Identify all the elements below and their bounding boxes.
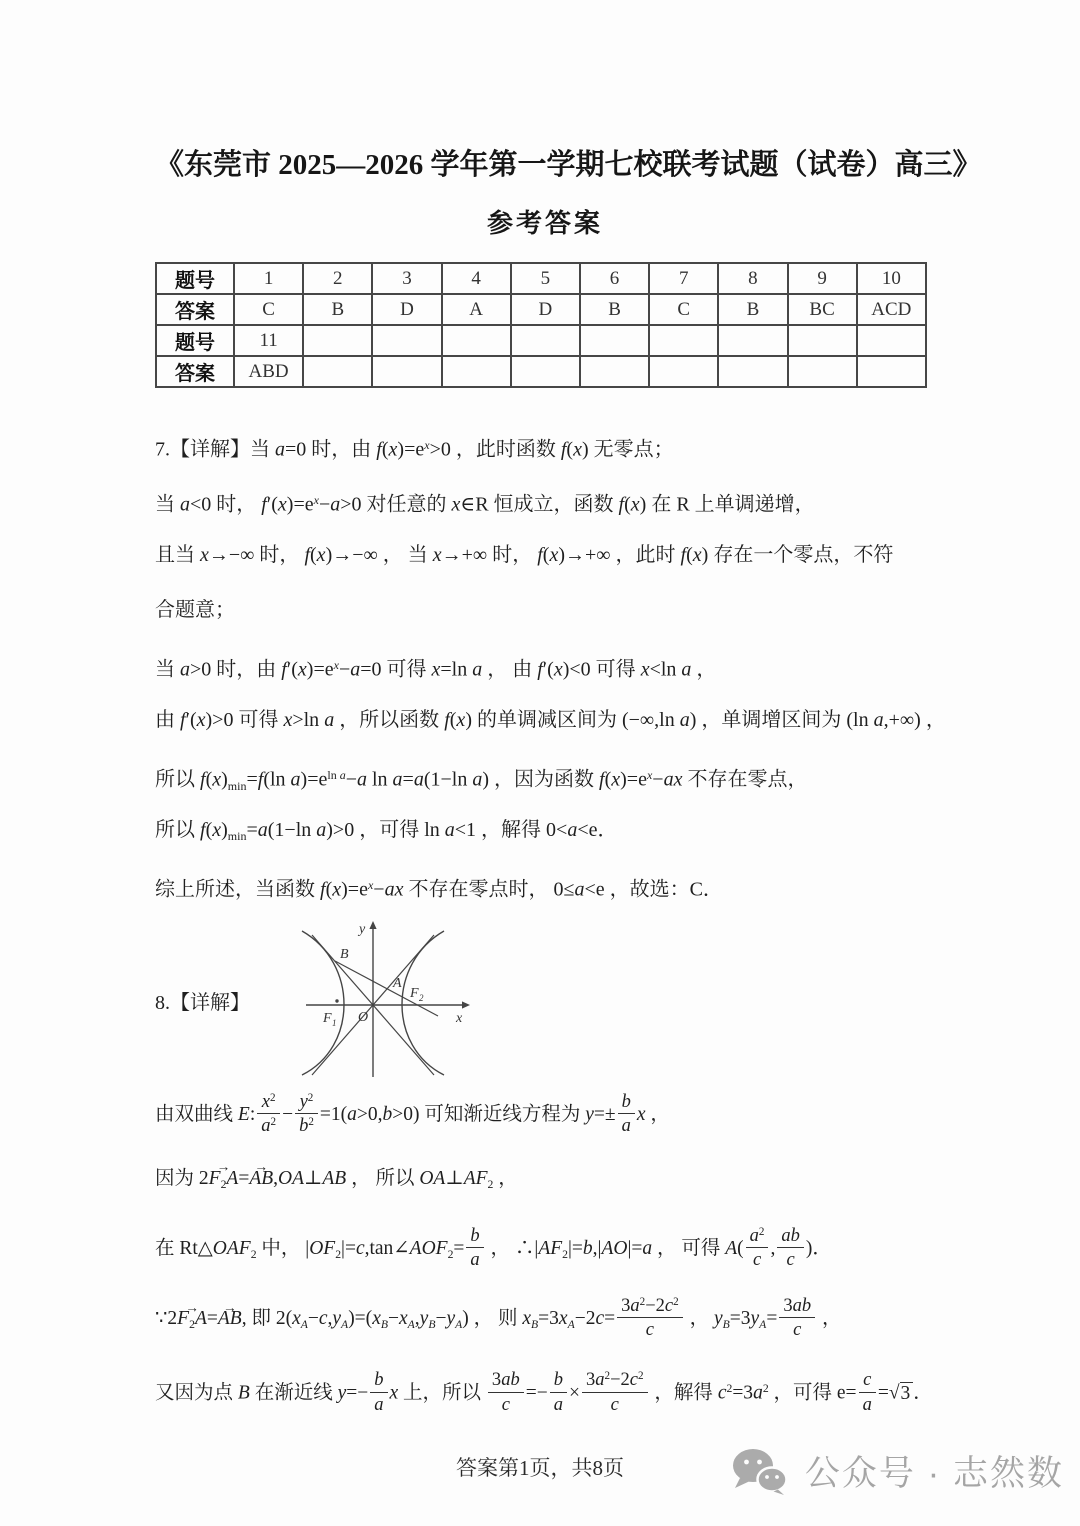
wechat-icon xyxy=(731,1447,789,1495)
table-row: 答案 C B D A D B C B BC ACD xyxy=(156,294,926,325)
solution-line: 由 f′(x)>0 可得 x>ln a ，所以函数 f(x) 的单调减区间为 (… xyxy=(155,693,935,748)
answer-cell: 8 xyxy=(718,263,787,294)
answer-cell: BC xyxy=(788,294,857,325)
solution-line: 当 a<0 时， f′(x)=ex−a>0 对任意的 x∈R 恒成立，函数 f(… xyxy=(155,473,935,528)
solution-line: 又因为点 B 在渐近线 y=−bax 上，所以 3abc=−ba×3a2−2c2… xyxy=(155,1357,935,1425)
diagram-point-A-label: A xyxy=(392,976,402,991)
answer-cell: 3 xyxy=(372,263,441,294)
answer-cell xyxy=(788,325,857,356)
solution-7-section: 7.【详解】当 a=0 时，由 f(x)=ex>0 ，此时函数 f(x) 无零点… xyxy=(155,418,935,913)
diagram-point-B-label: B xyxy=(340,947,349,962)
answer-cell: C xyxy=(649,294,718,325)
answer-cell xyxy=(649,356,718,387)
solution-line: 由双曲线 E:x2a2−y2b2=1(a>0,b>0) 可知渐近线方程为 y=±… xyxy=(155,1083,935,1147)
diagram-x-label: x xyxy=(455,1011,463,1026)
answer-cell: A xyxy=(442,294,511,325)
solution-line: 因为 2F2A=AB,OA⊥AB ， 所以 OA⊥AF2 ， xyxy=(155,1147,935,1217)
solution-line: 所以 f(x)min=f(ln a)=eln a−a ln a=a(1−ln a… xyxy=(155,748,935,803)
solution-line: 当 a>0 时，由 f′(x)=ex−a=0 可得 x=ln a ， 由 f′(… xyxy=(155,638,935,693)
answer-cell xyxy=(511,325,580,356)
x-axis-arrow xyxy=(462,1001,470,1008)
watermark-text: 公众号 · 志然数 xyxy=(805,1446,1064,1496)
solution-line: 且当 x→−∞ 时， f(x)→−∞ ， 当 x→+∞ 时， f(x)→+∞ ，… xyxy=(155,528,935,583)
answer-cell: 2 xyxy=(303,263,372,294)
row-label-cell: 答案 xyxy=(156,356,234,387)
answer-cell: 4 xyxy=(442,263,511,294)
solution-8-label: 8.【详解】 xyxy=(155,986,250,1015)
solution-8-section: 由双曲线 E:x2a2−y2b2=1(a>0,b>0) 可知渐近线方程为 y=±… xyxy=(155,1083,935,1426)
answer-cell xyxy=(442,325,511,356)
solution-line: 综上所述，当函数 f(x)=ex−ax 不存在零点时， 0≤a<e ，故选：C． xyxy=(155,858,935,913)
diagram-F1-subscript: 1 xyxy=(332,1018,337,1028)
hyperbola-right-branch xyxy=(402,931,444,1075)
answer-cell: B xyxy=(580,294,649,325)
answer-cell xyxy=(511,356,580,387)
solution-line: 所以 f(x)min=a(1−ln a)>0 ，可得 ln a<1 ，解得 0<… xyxy=(155,803,935,858)
row-label-cell: 题号 xyxy=(156,325,234,356)
answer-cell: D xyxy=(372,294,441,325)
answer-cell xyxy=(718,325,787,356)
answer-cell xyxy=(372,356,441,387)
solution-8-header: 8.【详解】 y x O B xyxy=(155,917,935,1083)
page-content: 《东莞市 2025—2026 学年第一学期七校联考试题（试卷）高三》 参考答案 … xyxy=(155,0,935,1426)
answer-cell: 10 xyxy=(857,263,926,294)
diagram-F2-label: F xyxy=(409,986,419,1001)
solution-line: ∵2F2A=AB, 即 2(xA−c,yA)=(xB−xA,yB−yA) ， 则… xyxy=(155,1287,935,1357)
answer-cell xyxy=(857,356,926,387)
answer-cell: 5 xyxy=(511,263,580,294)
exam-answer-page: 《东莞市 2025—2026 学年第一学期七校联考试题（试卷）高三》 参考答案 … xyxy=(0,0,1080,1526)
diagram-origin-label: O xyxy=(358,1010,368,1025)
answer-cell: 11 xyxy=(234,325,303,356)
answer-cell xyxy=(580,325,649,356)
answer-cell: C xyxy=(234,294,303,325)
answer-cell xyxy=(718,356,787,387)
page-title: 《东莞市 2025—2026 学年第一学期七校联考试题（试卷）高三》 xyxy=(155,142,935,183)
answer-cell xyxy=(580,356,649,387)
answer-cell: ABD xyxy=(234,356,303,387)
hyperbola-left-branch xyxy=(302,931,344,1075)
answer-cell: B xyxy=(303,294,372,325)
secant-line-BAF2 xyxy=(335,961,438,1016)
answer-cell xyxy=(857,325,926,356)
answer-cell xyxy=(442,356,511,387)
row-label-cell: 题号 xyxy=(156,263,234,294)
page-subtitle: 参考答案 xyxy=(155,203,935,240)
answer-cell: 6 xyxy=(580,263,649,294)
answer-cell: 7 xyxy=(649,263,718,294)
answer-cell: B xyxy=(718,294,787,325)
diagram-y-label: y xyxy=(357,922,366,937)
solution-line: 在 Rt△OAF2 中， |OF2|=c,tan∠AOF2=ba ， ∴|AF2… xyxy=(155,1217,935,1287)
diagram-F1-label: F xyxy=(322,1011,332,1026)
solution-line: 7.【详解】当 a=0 时，由 f(x)=ex>0 ，此时函数 f(x) 无零点… xyxy=(155,418,935,473)
answer-cell xyxy=(649,325,718,356)
answer-cell: D xyxy=(511,294,580,325)
answer-cell xyxy=(788,356,857,387)
wechat-watermark: 公众号 · 志然数 xyxy=(731,1446,1064,1496)
y-axis-arrow xyxy=(369,921,376,929)
table-row: 题号 11 xyxy=(156,325,926,356)
diagram-F2-subscript: 2 xyxy=(419,993,424,1003)
table-row: 答案 ABD xyxy=(156,356,926,387)
answer-cell: 9 xyxy=(788,263,857,294)
focus-dot-F1 xyxy=(335,999,338,1002)
answer-cell xyxy=(303,325,372,356)
answer-cell xyxy=(303,356,372,387)
solution-line: 合题意； xyxy=(155,583,935,638)
answer-cell: ACD xyxy=(857,294,926,325)
answer-cell: 1 xyxy=(234,263,303,294)
table-row: 题号 1 2 3 4 5 6 7 8 9 10 xyxy=(156,263,926,294)
answer-table: 题号 1 2 3 4 5 6 7 8 9 10 答案 C B D xyxy=(155,262,927,388)
answer-cell xyxy=(372,325,441,356)
hyperbola-diagram: y x O B A F 2 F 1 xyxy=(298,917,478,1083)
row-label-cell: 答案 xyxy=(156,294,234,325)
